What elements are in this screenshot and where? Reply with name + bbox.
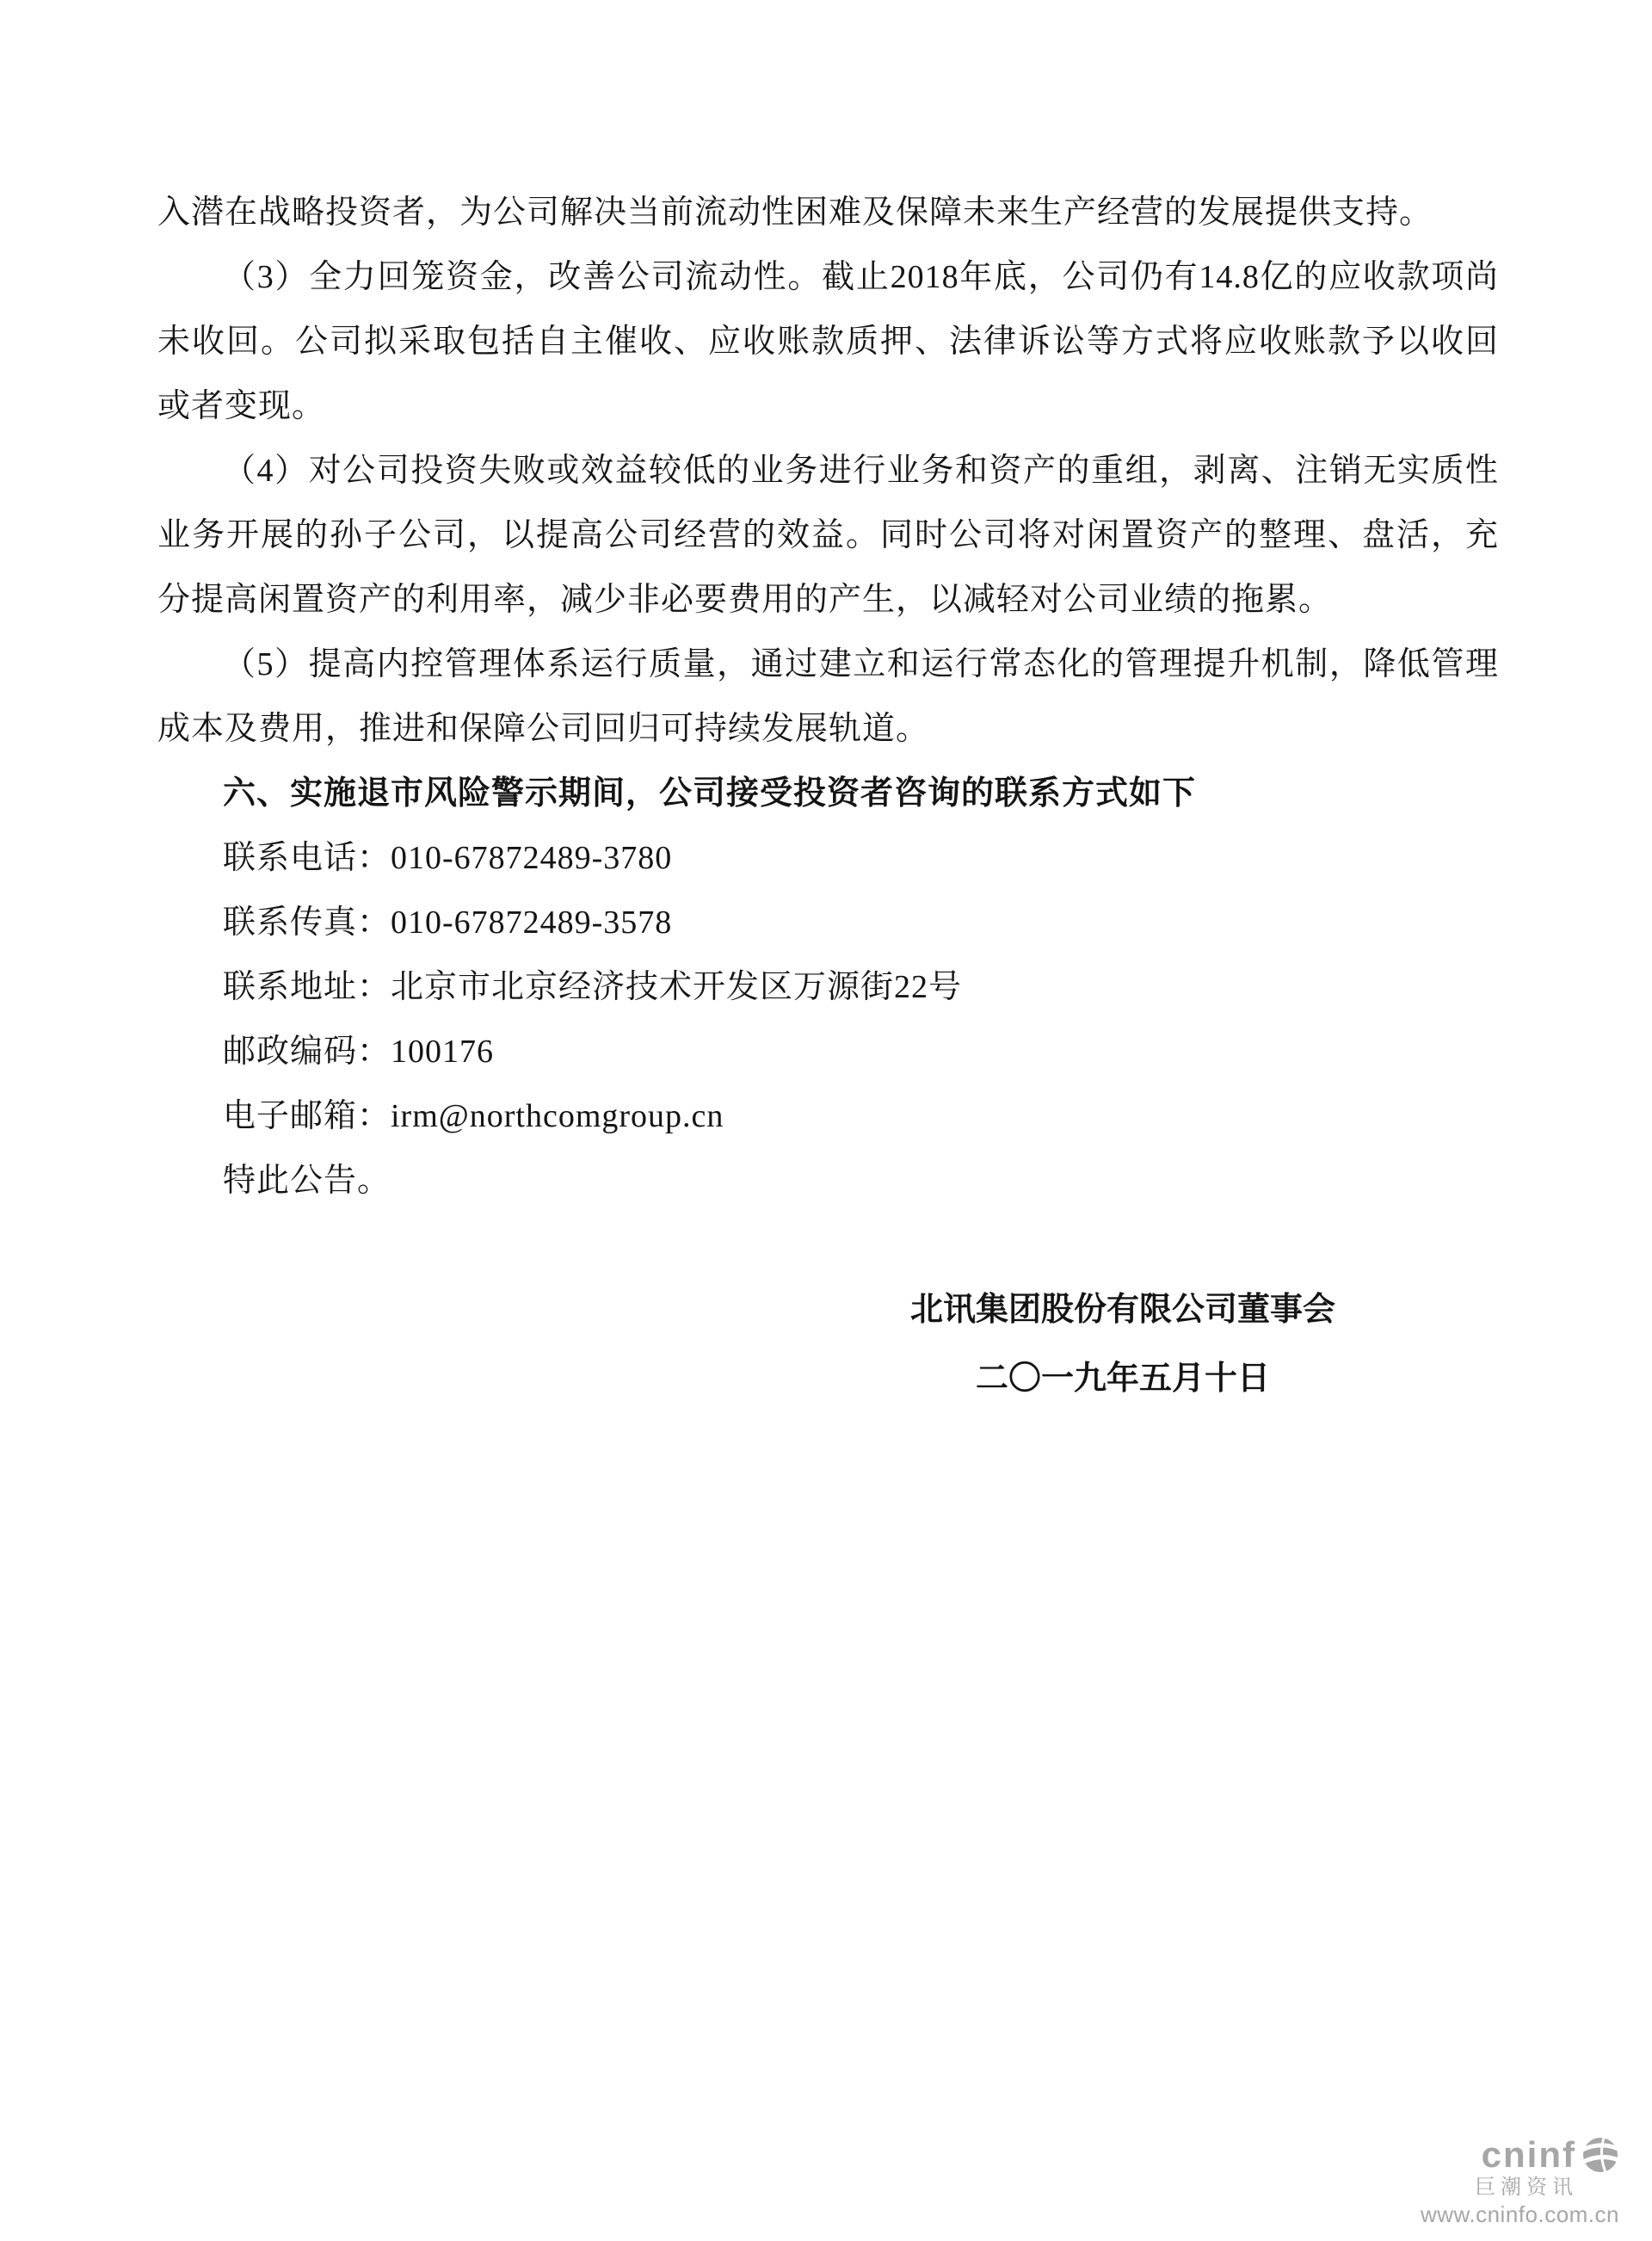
document-body: 入潜在战略投资者，为公司解决当前流动性困难及保障未来生产经营的发展提供支持。（3… xyxy=(157,181,1499,1413)
signature-block: 北讯集团股份有限公司董事会 二〇一九年五月十日 xyxy=(910,1275,1335,1413)
signature-date: 二〇一九年五月十日 xyxy=(910,1344,1335,1413)
paragraph-contact: 邮政编码：100176 xyxy=(223,1020,1499,1084)
cninfo-logo-row: cninf xyxy=(1396,2135,1619,2175)
paragraph-contact: 联系电话：010-67872489-3780 xyxy=(223,826,1499,891)
paragraph-indented: （5）提高内控管理体系运行质量，通过建立和运行常态化的管理提升机制，降低管理成本… xyxy=(157,633,1499,762)
cninfo-subtitle: 巨潮资讯 xyxy=(1396,2176,1619,2199)
cninfo-logo-text: cninf xyxy=(1482,2135,1576,2175)
paragraph-indented: （3）全力回笼资金，改善公司流动性。截止2018年底，公司仍有14.8亿的应收款… xyxy=(157,245,1499,439)
paragraph-list: 入潜在战略投资者，为公司解决当前流动性困难及保障未来生产经营的发展提供支持。（3… xyxy=(157,181,1499,1213)
paragraph-contact: 特此公告。 xyxy=(223,1149,1499,1213)
paragraph-heading: 六、实施退市风险警示期间，公司接受投资者咨询的联系方式如下 xyxy=(157,762,1499,826)
cninfo-url: www.cninfo.com.cn xyxy=(1396,2202,1619,2227)
paragraph-contact: 联系传真：010-67872489-3578 xyxy=(223,891,1499,955)
paragraph-indented: （4）对公司投资失败或效益较低的业务进行业务和资产的重组，剥离、注销无实质性业务… xyxy=(157,439,1499,633)
paragraph-contact: 电子邮箱：irm@northcomgroup.cn xyxy=(223,1084,1499,1149)
announcement-page: 入潜在战略投资者，为公司解决当前流动性困难及保障未来生产经营的发展提供支持。（3… xyxy=(0,0,1652,2241)
paragraph-continuation: 入潜在战略投资者，为公司解决当前流动性困难及保障未来生产经营的发展提供支持。 xyxy=(157,181,1499,245)
cninfo-swirl-icon xyxy=(1581,2136,1619,2174)
signature-company: 北讯集团股份有限公司董事会 xyxy=(910,1275,1335,1344)
cninfo-watermark: cninf 巨潮资讯 www.cninfo.com.cn xyxy=(1396,2135,1619,2227)
paragraph-contact: 联系地址：北京市北京经济技术开发区万源街22号 xyxy=(223,955,1499,1020)
